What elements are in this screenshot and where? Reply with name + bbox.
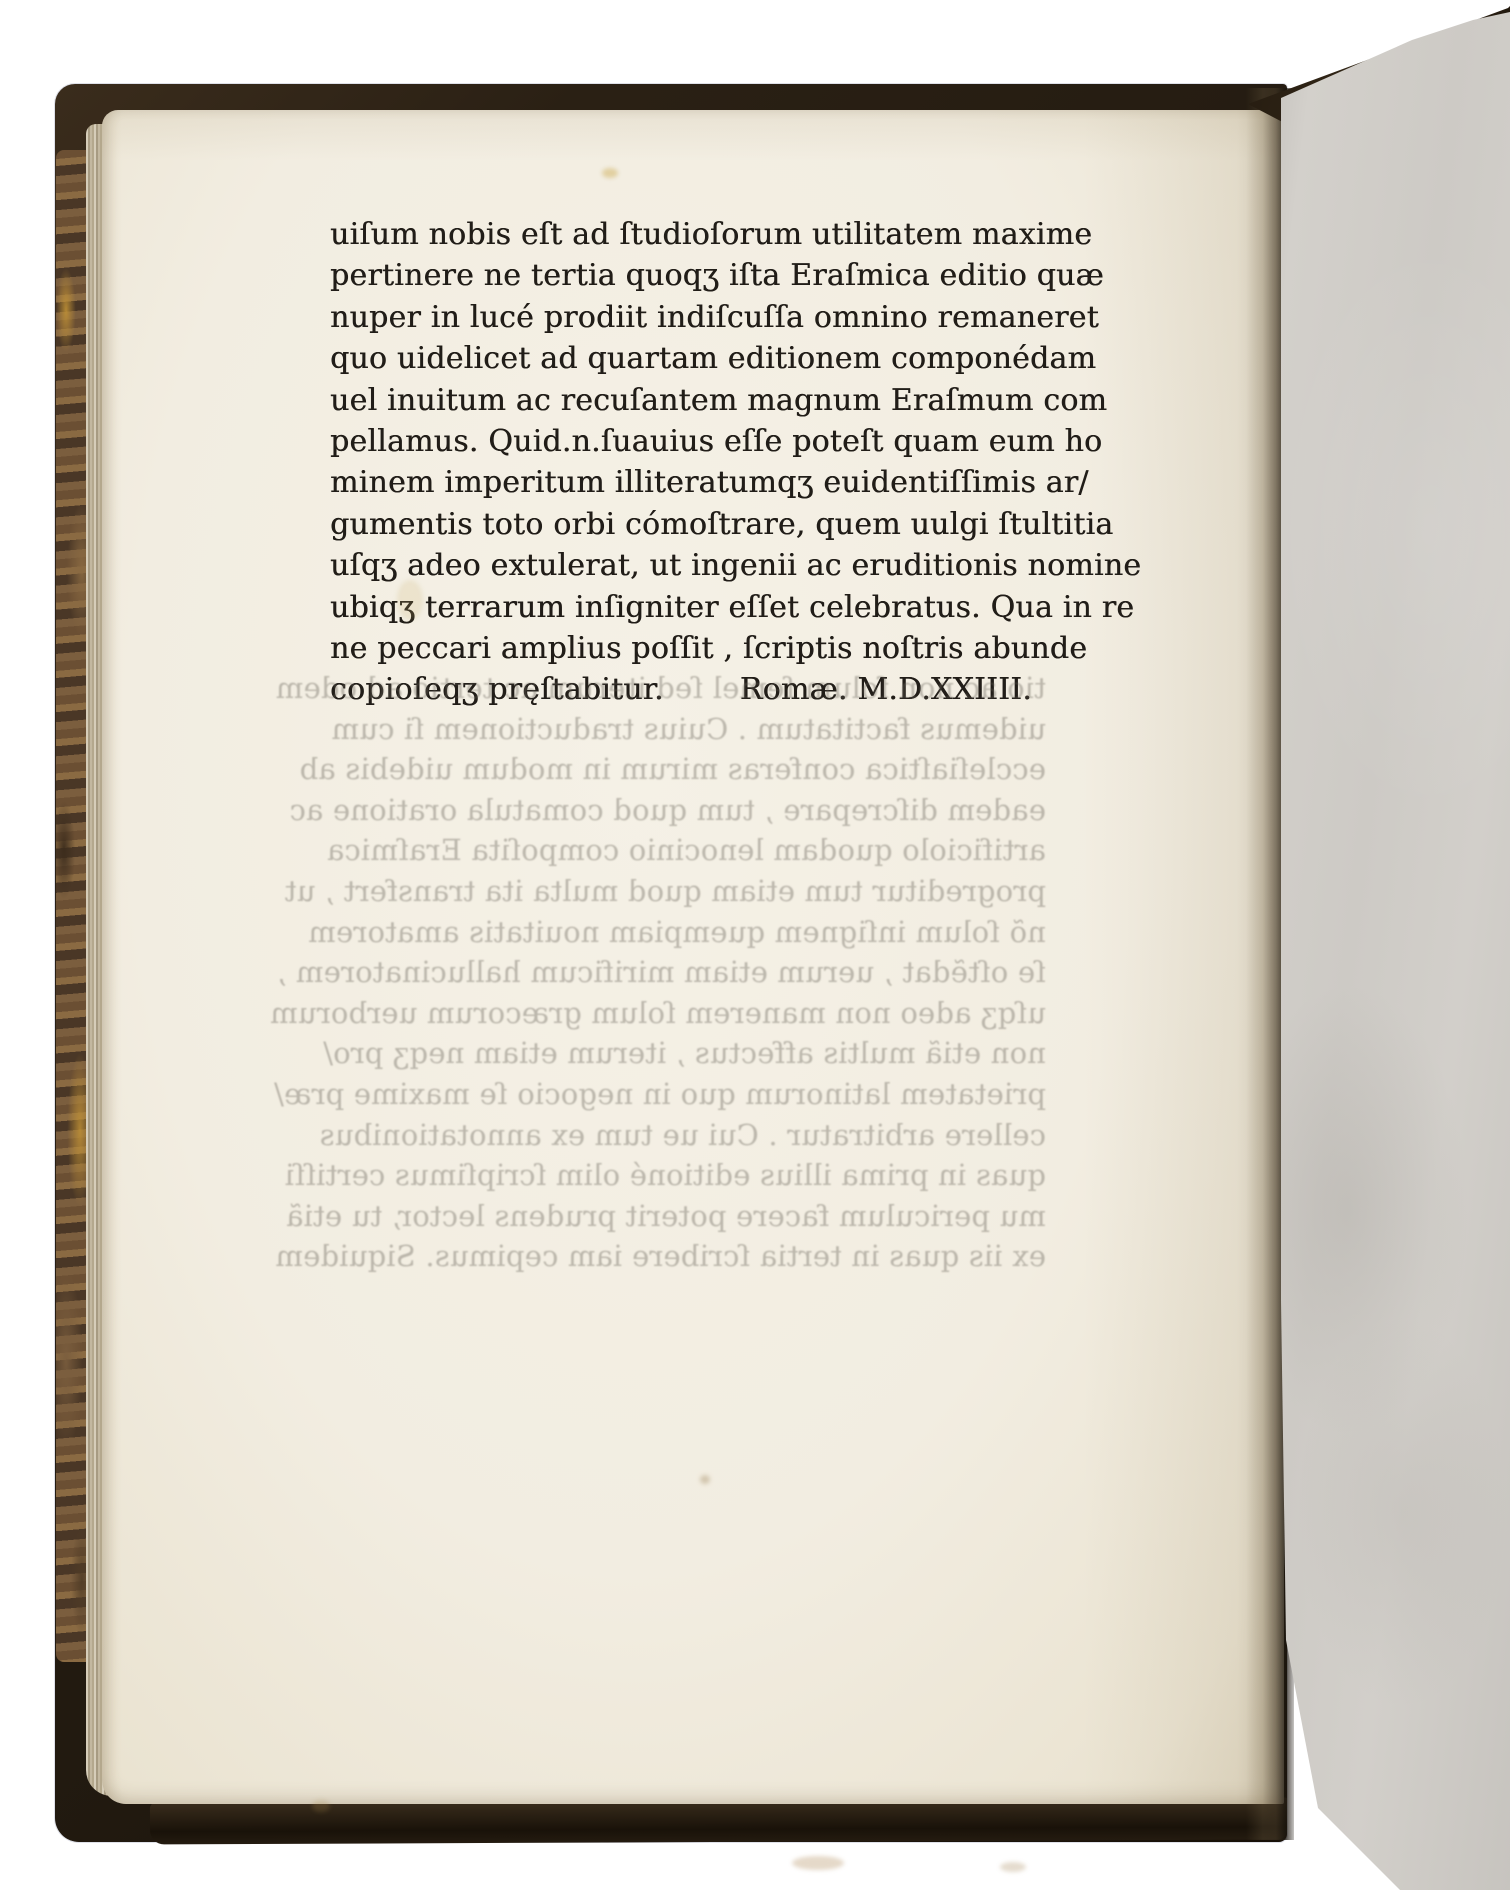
foxing-spot xyxy=(792,1856,844,1870)
text-line: quo uidelicet ad quartam editionem compo… xyxy=(330,338,1046,379)
foxing-spot xyxy=(397,580,423,620)
showthrough-text-block: tio ac non ſolum ſemel ſed iterum ac ter… xyxy=(330,668,1046,1277)
showthrough-line: prietatem latinorum quo in negocio ſe ma… xyxy=(330,1074,1046,1115)
showthrough-line: eadem diſcrepare , tum quod comatula ora… xyxy=(330,790,1046,831)
showthrough-line: uidemus factitatum . Cuius traductionem … xyxy=(330,709,1046,750)
text-line: uel inuitum ac recuſantem magnum Eraſmum… xyxy=(330,380,1046,421)
showthrough-line: progreditur tum etiam quod multa ita tra… xyxy=(330,871,1046,912)
printed-text-lines: uiſum nobis eſt ad ſtudioſorum utilitate… xyxy=(330,214,1046,669)
showthrough-line: nõ ſolum inſignem quempiam nouitatis ama… xyxy=(330,912,1046,953)
text-line: uſqʒ adeo extulerat, ut ingenii ac erudi… xyxy=(330,545,1046,586)
showthrough-line: eccleſiaſtica conferas mirum in modum ui… xyxy=(330,749,1046,790)
text-line: pellamus. Quid.n.ſuauius eſſe poteſt qua… xyxy=(330,421,1046,462)
showthrough-line: ſe oſtẽdat , uerum etiam mirificum hallu… xyxy=(330,952,1046,993)
foxing-spot xyxy=(602,168,618,178)
printed-text-block: uiſum nobis eſt ad ſtudioſorum utilitate… xyxy=(330,214,1046,711)
showthrough-line: ex iis quas in tertia ſcribere iam cepim… xyxy=(330,1236,1046,1277)
text-line: uiſum nobis eſt ad ſtudioſorum utilitate… xyxy=(330,214,1046,255)
text-line: pertinere ne tertia quoqʒ iſta Eraſmica … xyxy=(330,255,1046,296)
photo-background: uiſum nobis eſt ad ſtudioſorum utilitate… xyxy=(0,0,1510,1890)
text-line: ubiqʒ terrarum inſigniter eſſet celebrat… xyxy=(330,587,1046,628)
foxing-spot xyxy=(312,1800,330,1812)
showthrough-line: mu periculum facere poterit prudens lect… xyxy=(330,1196,1046,1237)
showthrough-line: quas in prima illius editioné olim ſcrip… xyxy=(330,1155,1046,1196)
text-line: minem imperitum illiteratumqʒ euidentiſſ… xyxy=(330,462,1046,503)
showthrough-line: artificiolo quodam lenocinio compoſita E… xyxy=(330,830,1046,871)
text-line: gumentis toto orbi cómoſtrare, quem uulg… xyxy=(330,504,1046,545)
showthrough-line: cellere arbitratur . Cui ue tum ex annot… xyxy=(330,1115,1046,1156)
showthrough-line: tio ac non ſolum ſemel ſed iterum ac ter… xyxy=(330,668,1046,709)
text-line: ne peccari amplius poſſit , ſcriptis noſ… xyxy=(330,628,1046,669)
foxing-spot xyxy=(1000,1862,1026,1872)
showthrough-line: uſqʒ adeo non manerem ſolum græcorum uer… xyxy=(330,993,1046,1034)
foxing-spot xyxy=(700,1475,710,1484)
text-line: nuper in lucé prodiit indiſcuſſa omnino … xyxy=(330,297,1046,338)
left-page: uiſum nobis eſt ad ſtudioſorum utilitate… xyxy=(102,110,1284,1804)
showthrough-line: non etiã multis affectus , iterum etiam … xyxy=(330,1033,1046,1074)
